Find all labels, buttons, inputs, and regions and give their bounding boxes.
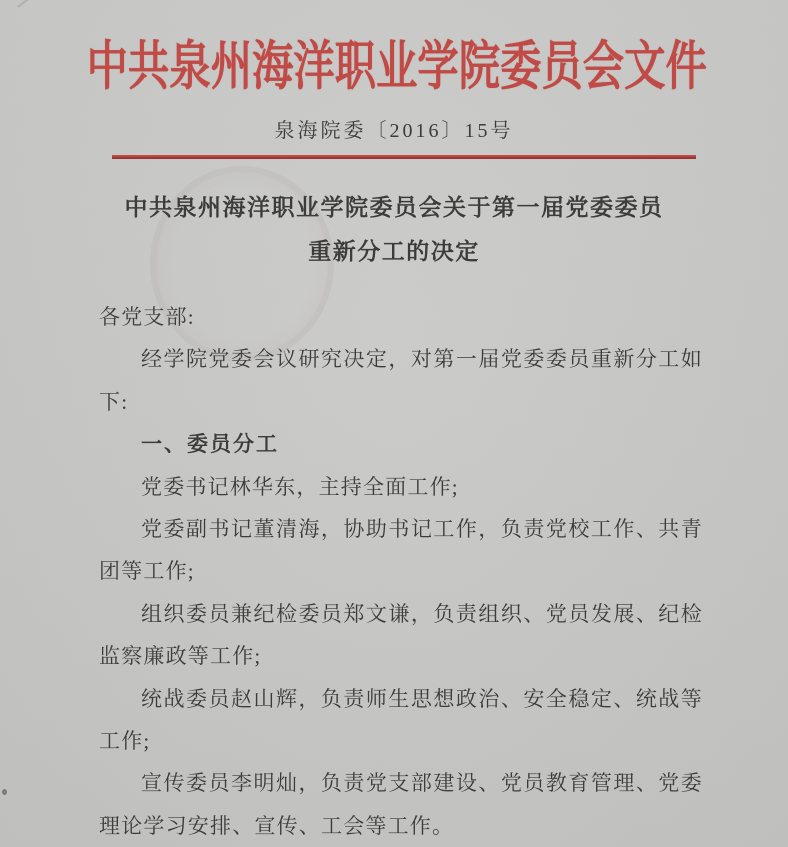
scan-artifact-speck [2,789,7,795]
document-title: 中共泉州海洋职业学院委员会关于第一届党委委员 重新分工的决定 [0,186,788,274]
body-paragraph-publicity-member: 宣传委员李明灿，负责党支部建设、党员教育管理、党委理论学习安排、宣传、工会等工作… [99,762,703,847]
scan-artifact-scratch [17,0,59,8]
body-paragraph-deputy-secretary: 党委副书记董清海，协助书记工作，负责党校工作、共青团等工作; [99,508,703,593]
body-paragraph-section-heading: 一、委员分工 [99,423,703,465]
body-paragraph-organization-member: 组织委员兼纪检委员郑文谦，负责组织、党员发展、纪检监察廉政等工作; [99,593,703,678]
body-paragraph-secretary: 党委书记林华东，主持全面工作; [99,466,703,508]
document-title-line1: 中共泉州海洋职业学院委员会关于第一届党委委员 [125,195,664,220]
body-paragraph-intro: 经学院党委会议研究决定，对第一届党委委员重新分工如下: [99,338,703,423]
document-body: 各党支部: 经学院党委会议研究决定，对第一届党委委员重新分工如下: 一、委员分工… [99,296,703,847]
body-paragraph-united-front-member: 统战委员赵山辉，负责师生思想政治、安全稳定、统战等工作; [99,678,703,763]
red-divider-line [112,155,696,159]
document-page: 中共泉州海洋职业学院委员会文件 泉海院委〔2016〕15号 中共泉州海洋职业学院… [0,0,788,847]
org-title: 中共泉州海洋职业学院委员会文件 [87,24,702,100]
body-paragraph-salutation: 各党支部: [99,296,703,338]
document-title-line2: 重新分工的决定 [308,239,480,264]
doc-number: 泉海院委〔2016〕15号 [0,114,788,143]
